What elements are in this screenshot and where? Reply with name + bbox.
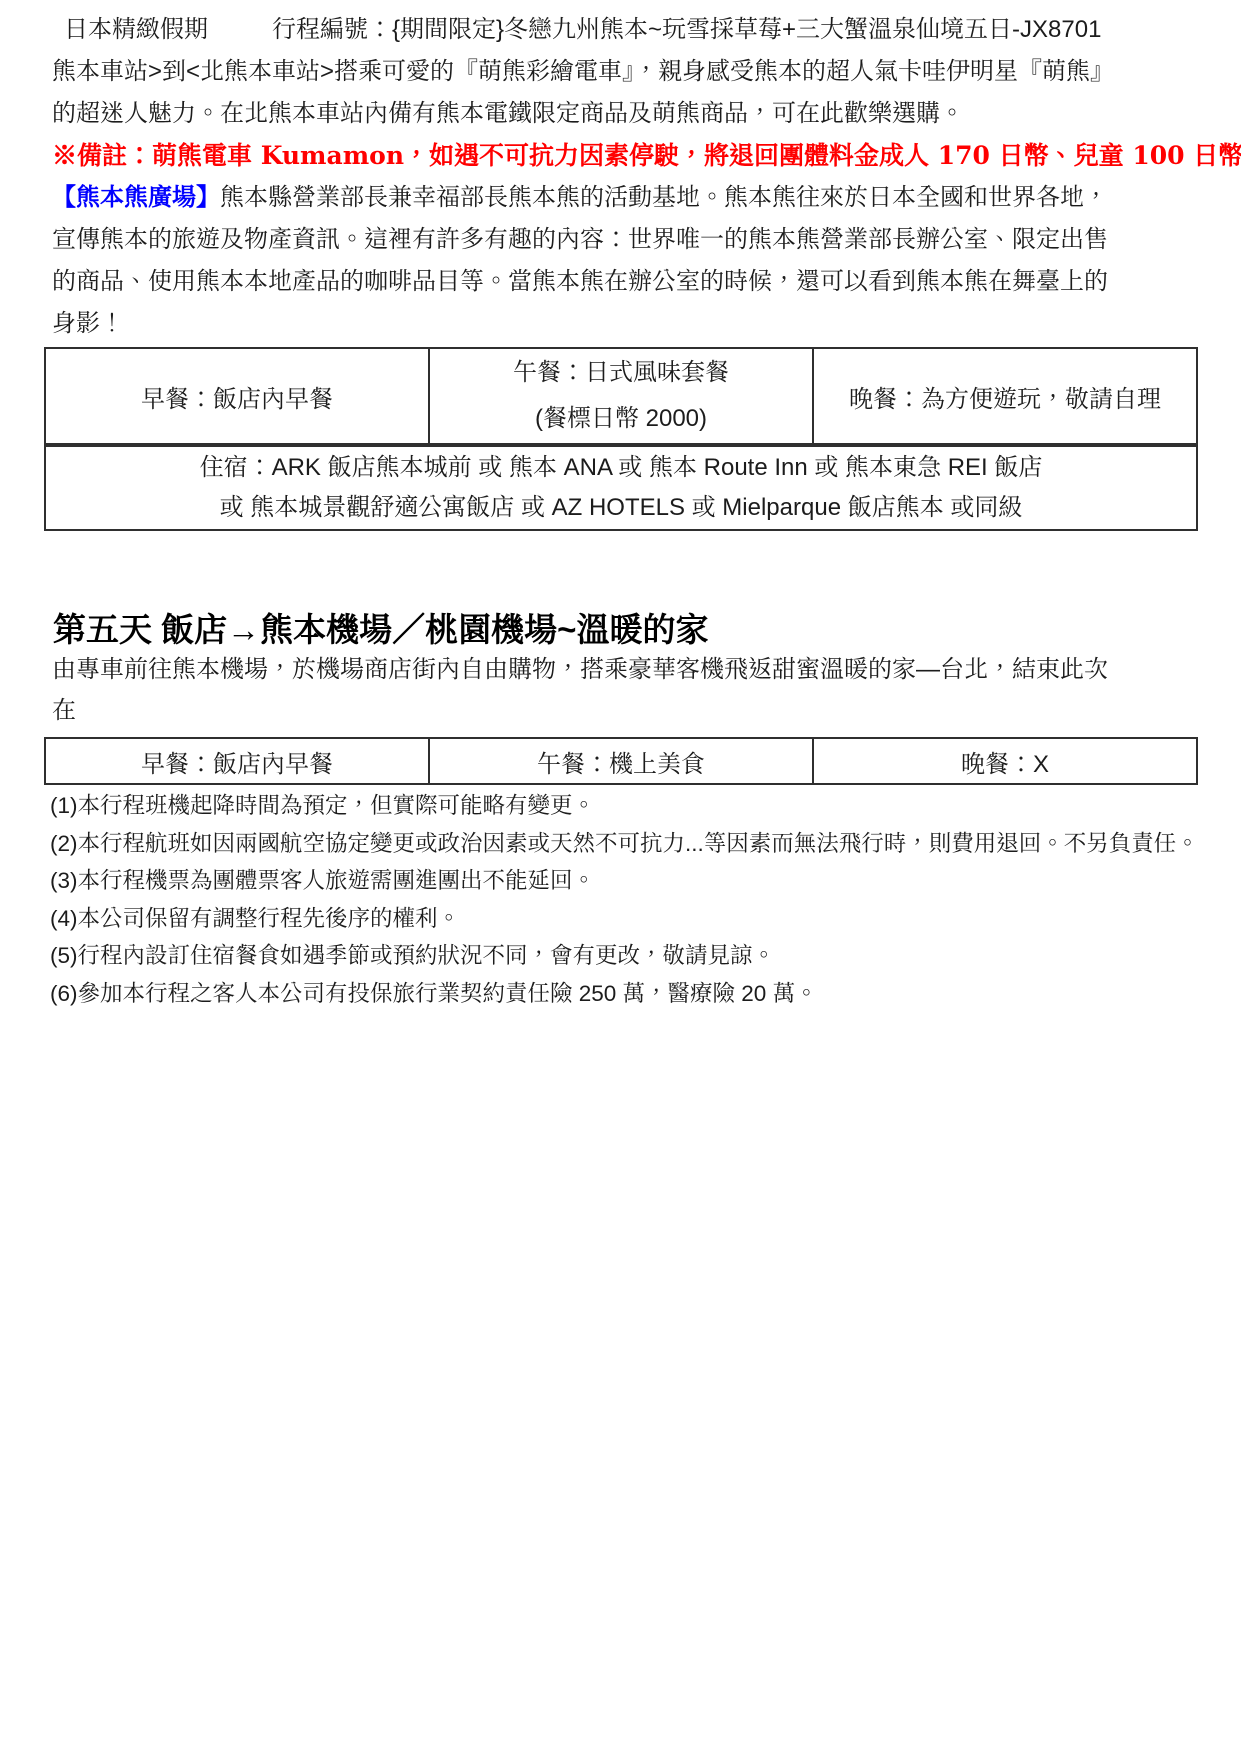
day4-lunch-cell: 午餐：日式風味套餐 (餐標日幣 2000) xyxy=(429,348,813,445)
hotel-options-line-2: 或 熊本城景觀舒適公寓飯店 或 AZ HOTELS 或 Mielparque 飯… xyxy=(46,488,1196,528)
day5-breakfast-cell: 早餐：飯店內早餐 xyxy=(45,738,429,784)
day4-lunch-line-2: (餐標日幣 2000) xyxy=(430,396,812,442)
brand-title: 日本精緻假期 xyxy=(64,16,208,43)
day4-lunch-line-1: 午餐：日式風味套餐 xyxy=(430,350,812,396)
day4-meal-hotel-table: 早餐：飯店內早餐 午餐：日式風味套餐 (餐標日幣 2000) 晚餐：為方便遊玩，… xyxy=(44,347,1198,531)
intro-line-1: 熊本車站>到<北熊本車站>搭乘可愛的『萌熊彩繪電車』，親身感受熊本的超人氣卡哇伊… xyxy=(52,51,1241,93)
top-text-block: 日本精緻假期行程編號：{期間限定}冬戀九州熊本~玩雪採草莓+三大蟹溫泉仙境五日-… xyxy=(52,9,1241,345)
day5-lunch-cell: 午餐：機上美食 xyxy=(429,738,813,784)
remark-item-3: (3)本行程機票為團體票客人旅遊需團進團出不能延回。 xyxy=(50,862,1199,900)
remark-item-1: (1)本行程班機起降時間為預定，但實際可能略有變更。 xyxy=(50,787,1199,825)
plaza-line-3: 的商品、使用熊本本地產品的咖啡品目等。當熊本熊在辦公室的時候，還可以看到熊本熊在… xyxy=(52,261,1241,303)
day5-description-line-2: 在 xyxy=(52,690,1108,731)
remark-item-4: (4)本公司保留有調整行程先後序的權利。 xyxy=(50,900,1199,938)
day5-meal-row: 早餐：飯店內早餐 午餐：機上美食 晚餐：X xyxy=(45,738,1197,784)
day4-dinner-cell: 晚餐：為方便遊玩，敬請自理 xyxy=(813,348,1197,445)
day4-meal-row: 早餐：飯店內早餐 午餐：日式風味套餐 (餐標日幣 2000) 晚餐：為方便遊玩，… xyxy=(45,348,1197,445)
day4-hotel-cell: 住宿：ARK 飯店熊本城前 或 熊本 ANA 或 熊本 Route Inn 或 … xyxy=(45,445,1197,530)
plaza-line-2: 宣傳熊本的旅遊及物產資訊。這裡有許多有趣的內容：世界唯一的熊本熊營業部長辦公室、… xyxy=(52,219,1241,261)
kumamon-tram-notice: ※備註：萌熊電車 Kumamon，如遇不可抗力因素停駛，將退回團體料金成人 17… xyxy=(52,135,1241,177)
day5-description: 由專車前往熊本機場，於機場商店街內自由購物，搭乘豪華客機飛返甜蜜溫暖的家—台北，… xyxy=(52,649,1108,731)
tour-code: 行程編號：{期間限定}冬戀九州熊本~玩雪採草莓+三大蟹溫泉仙境五日-JX8701 xyxy=(272,16,1101,43)
itinerary-document-page: 日本精緻假期行程編號：{期間限定}冬戀九州熊本~玩雪採草莓+三大蟹溫泉仙境五日-… xyxy=(0,0,1241,1755)
document-header: 日本精緻假期行程編號：{期間限定}冬戀九州熊本~玩雪採草莓+三大蟹溫泉仙境五日-… xyxy=(52,9,1241,51)
day4-hotel-row: 住宿：ARK 飯店熊本城前 或 熊本 ANA 或 熊本 Route Inn 或 … xyxy=(45,445,1197,530)
remark-item-6: (6)參加本行程之客人本公司有投保旅行業契約責任險 250 萬，醫療險 20 萬… xyxy=(50,975,1199,1013)
remark-item-2: (2)本行程航班如因兩國航空協定變更或政治因素或天然不可抗力...等因素而無法飛… xyxy=(50,825,1199,863)
day5-heading: 第五天 飯店→熊本機場／桃園機場~溫暖的家 xyxy=(53,604,708,651)
remark-item-5: (5)行程內設訂住宿餐食如遇季節或預約狀況不同，會有更改，敬請見諒。 xyxy=(50,937,1199,975)
day5-dinner-cell: 晚餐：X xyxy=(813,738,1197,784)
plaza-text: 熊本縣營業部長兼幸福部長熊本熊的活動基地。熊本熊往來於日本全國和世界各地， xyxy=(220,184,1108,211)
day4-breakfast-cell: 早餐：飯店內早餐 xyxy=(45,348,429,445)
kumamon-plaza-label: 【熊本熊廣場】 xyxy=(52,184,220,211)
remarks-list: (1)本行程班機起降時間為預定，但實際可能略有變更。 (2)本行程航班如因兩國航… xyxy=(50,787,1199,1012)
day5-description-line-1: 由專車前往熊本機場，於機場商店街內自由購物，搭乘豪華客機飛返甜蜜溫暖的家—台北，… xyxy=(52,649,1108,690)
intro-line-2: 的超迷人魅力。在北熊本車站內備有熊本電鐵限定商品及萌熊商品，可在此歡樂選購。 xyxy=(52,93,1241,135)
day5-meal-table: 早餐：飯店內早餐 午餐：機上美食 晚餐：X xyxy=(44,737,1198,785)
plaza-line-4: 身影！ xyxy=(52,303,1241,345)
hotel-options-line-1: 住宿：ARK 飯店熊本城前 或 熊本 ANA 或 熊本 Route Inn 或 … xyxy=(46,448,1196,488)
plaza-line-1: 【熊本熊廣場】熊本縣營業部長兼幸福部長熊本熊的活動基地。熊本熊往來於日本全國和世… xyxy=(52,177,1241,219)
